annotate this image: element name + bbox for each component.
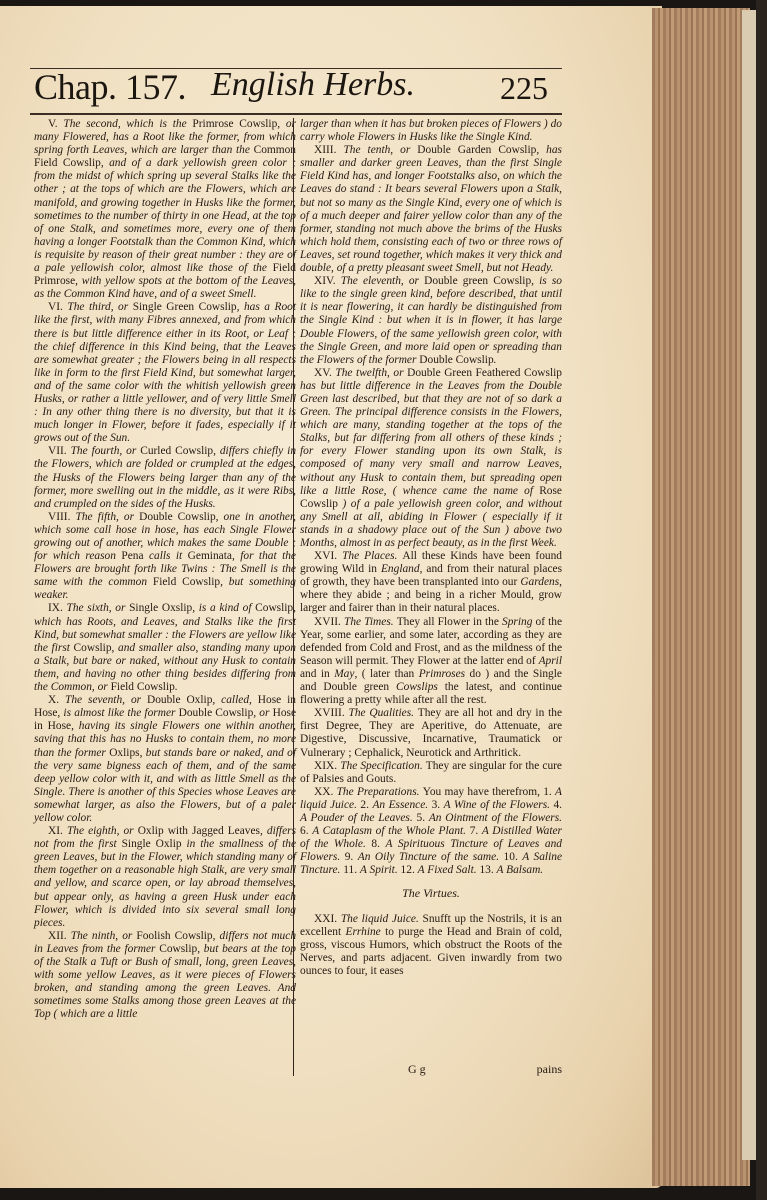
text-run: 12. — [401, 864, 418, 876]
text-run: , or — [253, 707, 272, 719]
paragraph-number: V. — [48, 118, 63, 130]
text-run: 8. — [371, 838, 385, 850]
text-run: Field Cowslip — [111, 681, 175, 693]
text-run: The Preparations. — [337, 786, 423, 798]
text-run: The Qualities. — [348, 707, 417, 719]
text-run: . — [175, 681, 178, 693]
header-bottom-rule — [30, 113, 562, 115]
text-run: 3. — [432, 799, 444, 811]
text-run: Gardens — [520, 576, 559, 588]
text-run: Double Cowslip — [179, 707, 254, 719]
fore-edge-flyleaf — [742, 10, 756, 1160]
book-cover-edge — [756, 0, 767, 1200]
text-run: Curled Cowslip — [140, 445, 213, 457]
text-run: Double Cowslip — [419, 354, 493, 366]
text-run: An Ointment of the Flowers. — [429, 812, 562, 824]
paragraph: XII. The ninth, or Foolish Cowslip, diff… — [34, 930, 296, 1022]
paragraph-number: VI. — [48, 301, 67, 313]
text-run: Oxlips — [109, 747, 139, 759]
text-run: 6. — [300, 825, 312, 837]
text-run: The tenth, or — [343, 144, 417, 156]
text-run: 13. — [479, 864, 496, 876]
text-run: An Oily Tincture of the same. — [358, 851, 504, 863]
text-run: The third, or — [67, 301, 132, 313]
text-run: Double Garden Cowslip — [417, 144, 536, 156]
paragraph: V. The second, which is the Primrose Cow… — [34, 118, 296, 301]
column-divider — [293, 118, 294, 1076]
paragraph-number: X. — [48, 694, 65, 706]
paragraph: VI. The third, or Single Green Cowslip, … — [34, 301, 296, 445]
text-run: A Fixed Salt. — [418, 864, 480, 876]
text-run: Errhine — [346, 926, 381, 938]
text-run: calls it — [144, 550, 188, 562]
text-run: The Places. — [342, 550, 402, 562]
text-run: An Essence. — [372, 799, 431, 811]
text-run: The eighth, or — [67, 825, 138, 837]
text-run: 11. — [343, 864, 360, 876]
text-run: Single Oxlip — [122, 838, 182, 850]
paragraph: XIX. The Specification. They are singula… — [300, 760, 562, 786]
page-stack-edges — [652, 8, 750, 1186]
text-run: Cowslip — [255, 602, 293, 614]
text-run: has but little difference in the Leaves … — [300, 380, 562, 497]
text-run: The seventh, or — [65, 694, 147, 706]
text-run: in the smallness of the green Leaves, bu… — [34, 838, 296, 929]
paragraph-number: XV. — [314, 367, 335, 379]
text-run: , ( later than — [354, 668, 418, 680]
paragraph-number: XXI. — [314, 913, 341, 925]
text-run: May — [334, 668, 354, 680]
text-run: The twelfth, or — [335, 367, 407, 379]
text-run: Double green Cowslip — [424, 275, 531, 287]
section-heading: The Virtues. — [300, 887, 562, 900]
paragraph: XVI. The Places. All these Kinds have be… — [300, 550, 562, 615]
text-run: , and of a dark yellowish green color ; … — [34, 157, 296, 274]
text-run: Field Cowslip — [153, 576, 220, 588]
paragraph-number: IX. — [48, 602, 67, 614]
paragraph: IX. The sixth, or Single Oxslip, is a ki… — [34, 602, 296, 694]
text-run: A Spirit. — [360, 864, 401, 876]
text-run: Single Oxslip — [129, 602, 192, 614]
paragraph-number: XI. — [48, 825, 67, 837]
paragraph-number: XII. — [48, 930, 71, 942]
page-number: 225 — [500, 70, 548, 107]
text-run: They all Flower in the — [397, 616, 502, 628]
paragraph: XXI. The liquid Juice. Snufft up the Nos… — [300, 913, 562, 978]
text-run: 1. — [543, 786, 555, 798]
paragraph-number: XVI. — [314, 550, 342, 562]
text-run: ) of a pale yellowish green color, and w… — [300, 498, 562, 549]
text-run: Double Green Feathered Cowslip — [407, 367, 562, 379]
text-run: April — [539, 655, 562, 667]
text-run: You may have therefrom, — [423, 786, 543, 798]
text-run: 4. — [553, 799, 562, 811]
text-run: The fifth, or — [76, 511, 140, 523]
text-run: larger than when it has but broken piece… — [300, 118, 562, 143]
text-run: England — [381, 563, 420, 575]
text-run: 2. — [360, 799, 372, 811]
paragraph-number: XVII. — [314, 616, 344, 628]
paragraph: XIII. The tenth, or Double Garden Cowsli… — [300, 144, 562, 275]
text-run: The Specification. — [340, 760, 426, 772]
text-run: The fourth, or — [71, 445, 141, 457]
text-run: . — [494, 354, 497, 366]
text-run: 5. — [417, 812, 429, 824]
paragraph: larger than when it has but broken piece… — [300, 118, 562, 144]
running-title: English Herbs. — [211, 66, 415, 104]
text-run: , is so like to the single green kind, b… — [300, 275, 562, 366]
paragraph: XV. The twelfth, or Double Green Feather… — [300, 367, 562, 550]
text-run: Cowslip — [74, 642, 112, 654]
text-run: Spring — [502, 616, 532, 628]
text-run: The eleventh, or — [341, 275, 424, 287]
signature-mark: G g — [408, 1062, 426, 1077]
text-run: The ninth, or — [71, 930, 137, 942]
paragraph-number: XVIII. — [314, 707, 348, 719]
text-run: A Wine of the Flowers. — [444, 799, 554, 811]
text-run: Oxlip with Jagged Leaves — [138, 825, 260, 837]
text-run: Geminata — [188, 550, 232, 562]
text-run: 7. — [470, 825, 482, 837]
catchword: pains — [537, 1062, 562, 1077]
text-run: A Cataplasm of the Whole Plant. — [312, 825, 469, 837]
paragraph-number: XIII. — [314, 144, 343, 156]
paragraph-number: XX. — [314, 786, 337, 798]
paragraph: XX. The Preparations. You may have there… — [300, 786, 562, 878]
paragraph: XVIII. The Qualities. They are all hot a… — [300, 707, 562, 759]
text-run: 10. — [504, 851, 523, 863]
text-run: A Balsam. — [497, 864, 544, 876]
text-run: and in — [300, 668, 334, 680]
paragraph: XIV. The eleventh, or Double green Cowsl… — [300, 275, 562, 367]
text-run: , has a Root like the first, with many F… — [34, 301, 296, 444]
text-run: Double Cowslip — [139, 511, 216, 523]
text-run: , called, — [212, 694, 257, 706]
text-run: , is almost like the former — [57, 707, 178, 719]
paragraph-number: XIX. — [314, 760, 340, 772]
text-run: 9. — [345, 851, 358, 863]
text-run: Primrose Cowslip — [192, 118, 277, 130]
paragraph-number: XIV. — [314, 275, 341, 287]
paragraph: VIII. The fifth, or Double Cowslip, one … — [34, 511, 296, 603]
text-run: Primroses — [419, 668, 465, 680]
paragraph: X. The seventh, or Double Oxlip, called,… — [34, 694, 296, 825]
text-run: Foolish Cowslip — [136, 930, 212, 942]
paragraph-number: VII. — [48, 445, 71, 457]
running-header: Chap. 157. English Herbs. 225 — [34, 66, 548, 110]
right-text-column: larger than when it has but broken piece… — [300, 118, 562, 978]
text-run: Cowslip — [159, 943, 197, 955]
left-text-column: V. The second, which is the Primrose Cow… — [34, 118, 296, 1021]
text-run: The Times. — [344, 616, 397, 628]
paragraph: XI. The eighth, or Oxlip with Jagged Lea… — [34, 825, 296, 930]
paragraph: VII. The fourth, or Curled Cowslip, diff… — [34, 445, 296, 510]
text-run: Cowslips — [396, 681, 438, 693]
text-run: , is a kind of — [192, 602, 255, 614]
text-run: A Pouder of the Leaves. — [300, 812, 417, 824]
text-run: Pena — [121, 550, 143, 562]
text-run: The second, which is the — [63, 118, 192, 130]
text-run: The liquid Juice. — [341, 913, 423, 925]
chapter-label: Chap. 157. — [34, 66, 186, 108]
paragraph-number: VIII. — [48, 511, 76, 523]
paragraph: XVII. The Times. They all Flower in the … — [300, 616, 562, 708]
text-run: The sixth, or — [67, 602, 130, 614]
text-run: Single Green Cowslip — [133, 301, 237, 313]
text-run: Double Oxlip — [147, 694, 212, 706]
text-run: , has smaller and darker green Leaves, t… — [300, 144, 562, 274]
